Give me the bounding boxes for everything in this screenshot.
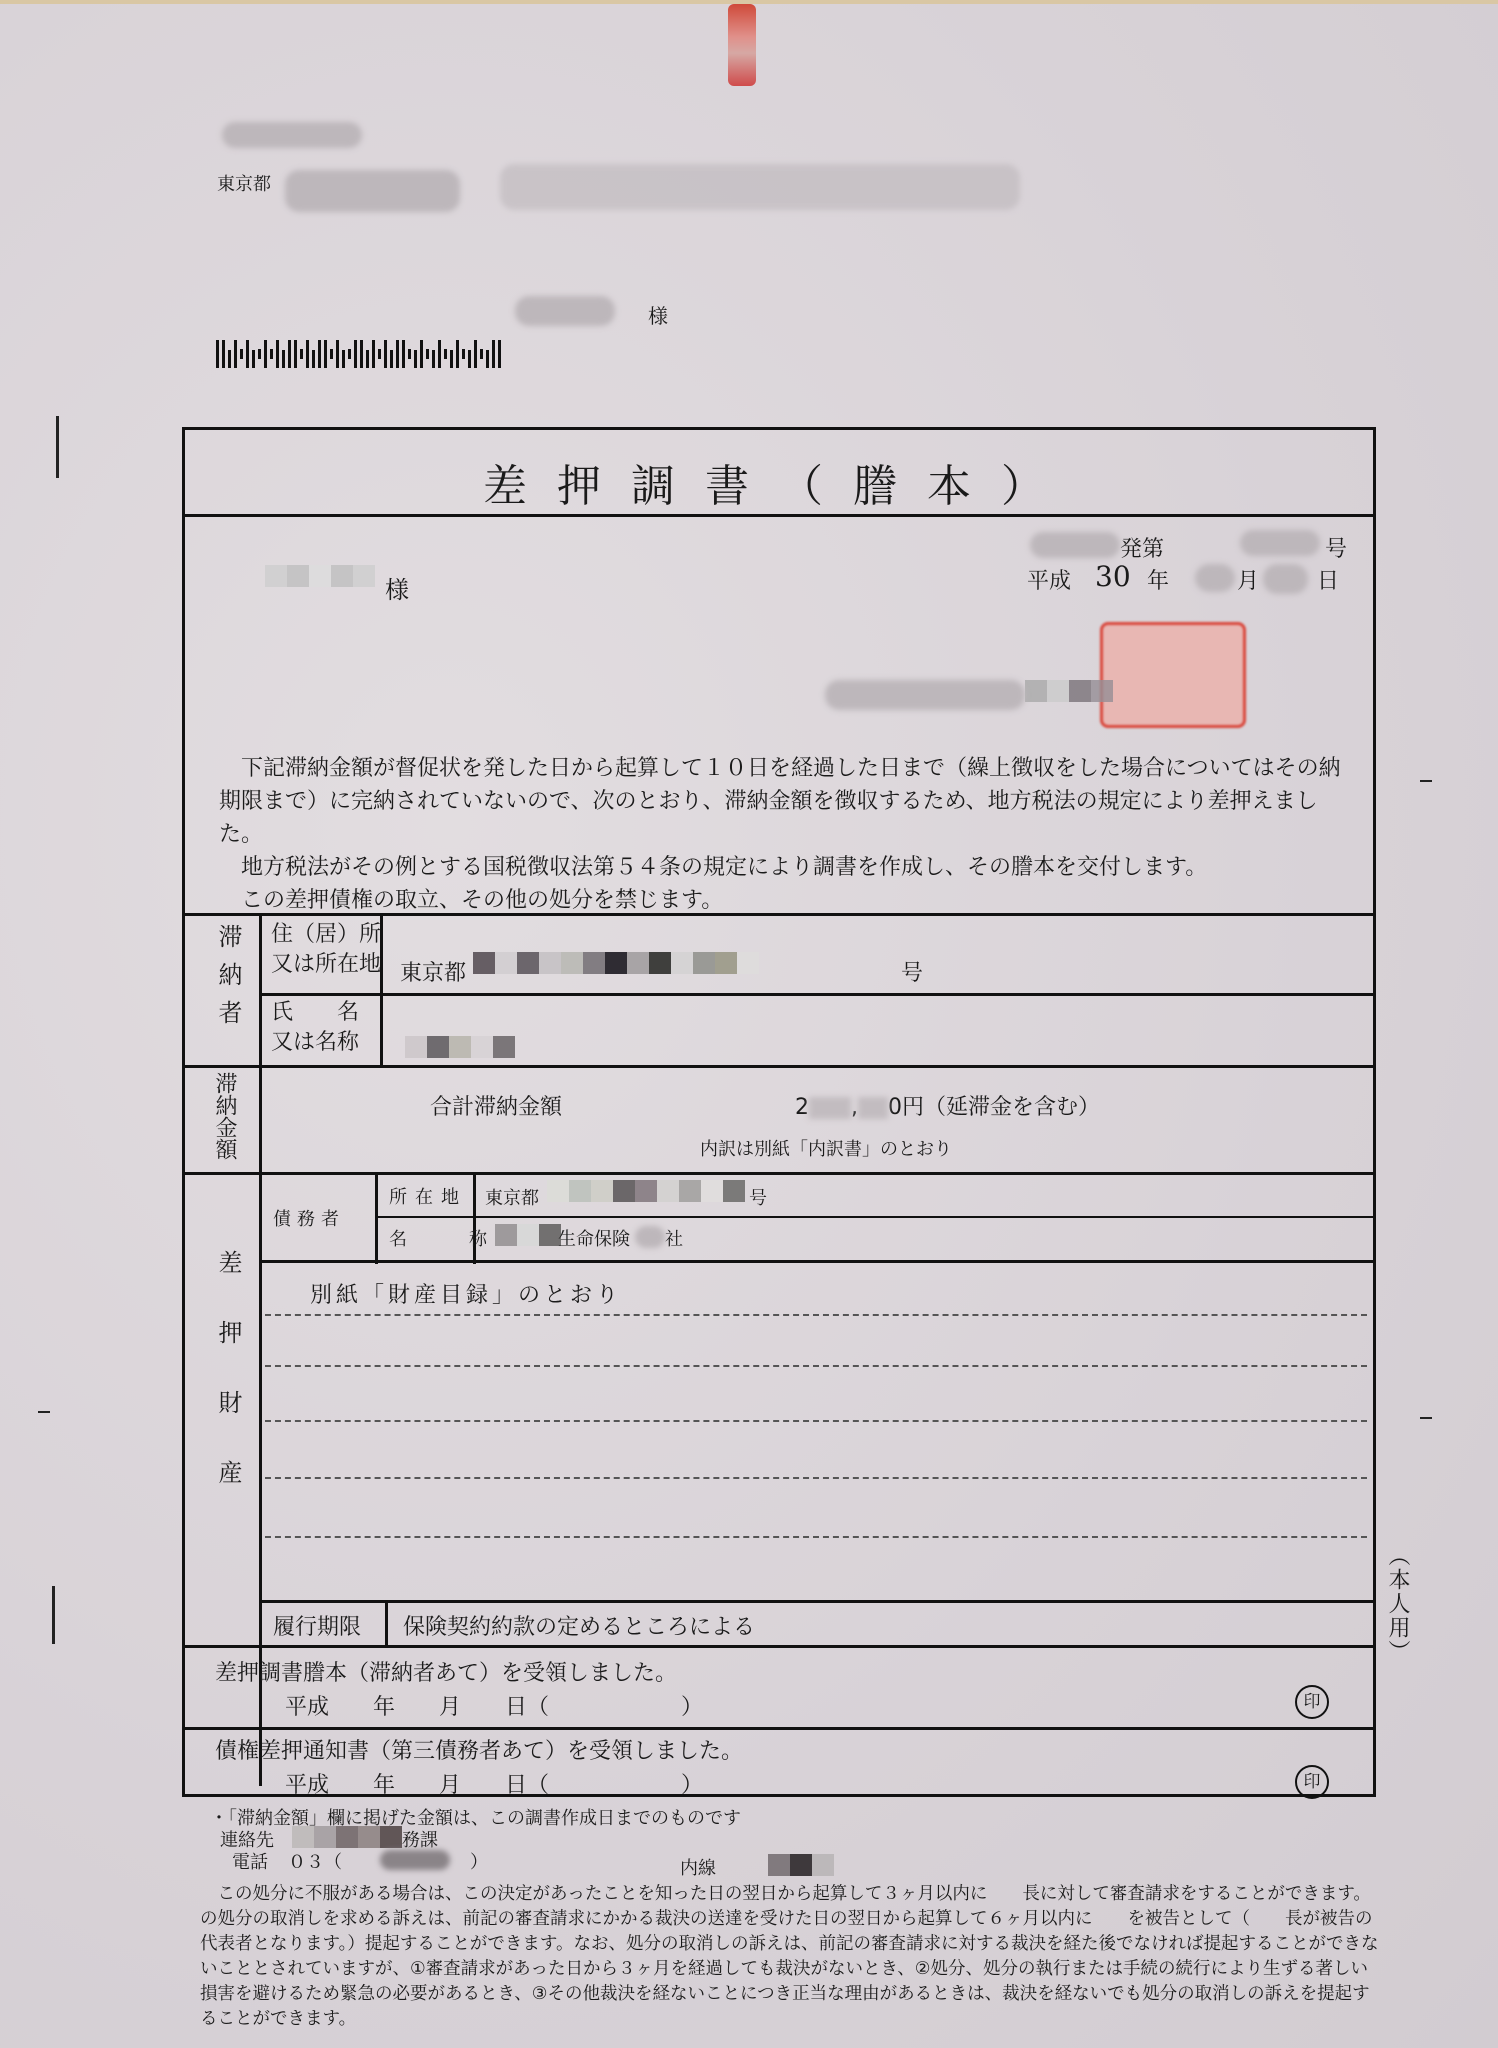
total-amount-end: 0円（延滞金を含む） (888, 1095, 1100, 1120)
date-month-label: 月 (1237, 564, 1259, 595)
divider (185, 514, 1373, 517)
barcode-bar (390, 350, 393, 368)
redacted-contact-dept (292, 1826, 402, 1848)
divider (259, 1600, 1373, 1603)
barcode-bar (468, 350, 471, 368)
extension-label: 内線 (680, 1854, 716, 1880)
property-list-note: 別紙「財産目録」のとおり (310, 1278, 622, 1309)
receipt-1-text: 差押調書謄本（滞納者あて）を受領しました。 (215, 1656, 677, 1687)
barcode-bar (246, 340, 249, 368)
barcode-bar (384, 340, 387, 368)
barcode-bar (462, 349, 465, 359)
barcode-bar (228, 350, 231, 368)
phone-prefix: ０３（ (288, 1848, 342, 1874)
barcode-bar (408, 349, 411, 359)
staple-mark (52, 1586, 55, 1644)
barcode-bar (342, 350, 345, 368)
postal-barcode (216, 338, 501, 368)
divider (385, 1600, 388, 1648)
breakdown-note: 内訳は別紙「内訳書」のとおり (700, 1135, 952, 1161)
barcode-bar (480, 349, 483, 359)
phone-close: ） (470, 1848, 488, 1874)
divider (185, 1172, 1373, 1175)
staple-mark (56, 416, 59, 478)
redacted-amount (809, 1097, 851, 1119)
amount-section-label: 滞納金額 (209, 1072, 240, 1172)
barcode-bar (414, 350, 417, 368)
barcode-bar (300, 349, 303, 359)
barcode-bar (492, 340, 495, 368)
barcode-bar (276, 340, 279, 368)
delinquent-address-suffix: 号 (901, 956, 923, 987)
dotted-line (265, 1477, 1367, 1479)
barcode-bar (288, 340, 291, 368)
date-day-label: 日 (1317, 564, 1339, 595)
barcode-bar (498, 340, 501, 368)
barcode-bar (330, 349, 333, 359)
debtor-location-prefix: 東京都 (485, 1184, 539, 1210)
address-label-line-2: 又は所在地 (271, 950, 381, 980)
form-title: 差押調書（謄本） (185, 450, 1373, 514)
redacted-issuer-name (1025, 680, 1113, 702)
divider (185, 1065, 1373, 1068)
total-amount-label: 合計滞納金額 (430, 1090, 562, 1121)
name-label: 氏 名 又は名称 (271, 998, 359, 1058)
barcode-bar (438, 340, 441, 368)
redacted-extension (768, 1854, 834, 1876)
barcode-bar (324, 340, 327, 368)
seal-mark-icon: 印 (1295, 1765, 1329, 1799)
barcode-bar (294, 340, 297, 368)
deadline-label: 履行期限 (273, 1610, 361, 1641)
redacted-postal-code (222, 122, 362, 148)
fold-mark (1420, 780, 1432, 782)
address-label-line-1: 住（居）所 (271, 920, 381, 950)
barcode-bar (216, 340, 219, 368)
barcode-bar (444, 349, 447, 359)
envelope-recipient-suffix: 様 (648, 300, 668, 329)
barcode-bar (432, 350, 435, 368)
barcode-bar (270, 349, 273, 359)
delinquent-section-label: 滞納者 (211, 924, 246, 1064)
barcode-bar (360, 340, 363, 368)
total-amount-start: 2 (795, 1095, 809, 1120)
barcode-bar (282, 350, 285, 368)
redacted-amount (858, 1097, 888, 1119)
phone-label: 電話 (232, 1848, 268, 1874)
redacted-office-prefix (1030, 532, 1120, 558)
fold-mark (1420, 1417, 1432, 1419)
barcode-bar (420, 340, 423, 368)
notice-line-1: 下記滞納金額が督促状を発した日から起算して１０日を経過した日まで（繰上徴収をした… (219, 752, 1349, 851)
receipt-2-date[interactable]: 平成 年 月 日（ ） (285, 1768, 703, 1799)
notice-paragraph: 下記滞納金額が督促状を発した日から起算して１０日を経過した日まで（繰上徴収をした… (219, 752, 1349, 917)
barcode-bar (474, 340, 477, 368)
official-seal-stamp (1100, 622, 1246, 728)
issue-number-suffix: 号 (1325, 532, 1347, 563)
barcode-bar (252, 350, 255, 368)
total-amount-value: 2,0円（延滞金を含む） (795, 1090, 1100, 1121)
divider (185, 1645, 1373, 1648)
barcode-bar (426, 349, 429, 359)
redacted-month (1195, 564, 1235, 592)
redacted-day (1263, 564, 1308, 594)
redacted-debtor-location (547, 1180, 745, 1202)
divider (259, 993, 1373, 996)
recipient-suffix: 様 (385, 570, 409, 605)
fold-mark (38, 1411, 50, 1413)
redacted-delinquent-address (473, 952, 759, 974)
dotted-line (265, 1365, 1367, 1367)
dotted-line (265, 1314, 1367, 1316)
date-year-handwritten[interactable]: 30 (1095, 560, 1131, 593)
notice-line-2: 地方税法がその例とする国税徴収法第５４条の規定により調書を作成し、その謄本を交付… (219, 851, 1349, 884)
appeal-notice-text: この処分に不服がある場合は、この決定があったことを知った日の翌日から起算して３ヶ… (200, 1882, 1380, 2032)
redacted-debtor-name (495, 1224, 561, 1246)
redacted-envelope-text (500, 164, 1020, 210)
dotted-line (265, 1536, 1367, 1538)
delinquent-address-prefix: 東京都 (400, 956, 466, 987)
barcode-bar (348, 349, 351, 359)
divider (185, 1727, 1373, 1730)
divider (375, 1216, 1373, 1218)
barcode-bar (222, 340, 225, 368)
appeal-notice: この処分に不服がある場合は、この決定があったことを知った日の翌日から起算して３ヶ… (200, 1882, 1380, 2032)
date-era: 平成 (1027, 564, 1071, 595)
debtor-name-suffix: 社 (665, 1225, 683, 1251)
debtor-label: 債務者 (273, 1205, 345, 1231)
barcode-bar (264, 340, 267, 368)
redacted-red-seal (728, 4, 756, 86)
document-paper: 東京都 様 差押調書（謄本） 様 発第 号 平成 30 年 月 日 下記滞納金額… (0, 4, 1498, 2048)
debtor-location-label: 所在地 (389, 1183, 467, 1209)
redacted-debtor-name-part (635, 1226, 665, 1248)
receipt-2-text: 債権差押通知書（第三債務者あて）を受領しました。 (215, 1734, 743, 1765)
barcode-bar (366, 350, 369, 368)
divider (259, 1260, 1373, 1263)
redacted-recipient-name (265, 565, 375, 587)
barcode-bar (450, 350, 453, 368)
divider (185, 913, 1373, 916)
dotted-line (265, 1420, 1367, 1422)
barcode-bar (402, 340, 405, 368)
barcode-bar (354, 340, 357, 368)
property-section-label: 差押財産 (211, 1250, 246, 1650)
debtor-name-label: 名 称 (389, 1225, 509, 1251)
name-label-line-2: 又は名称 (271, 1028, 359, 1058)
barcode-bar (306, 340, 309, 368)
deadline-value: 保険契約約款の定めるところによる (403, 1610, 755, 1641)
divider (375, 1172, 378, 1264)
barcode-bar (240, 349, 243, 359)
debtor-location-suffix: 号 (749, 1184, 767, 1210)
barcode-bar (234, 340, 237, 368)
copy-type-label: （本人用） (1382, 1544, 1413, 1664)
barcode-bar (318, 340, 321, 368)
barcode-bar (312, 350, 315, 368)
seizure-record-form: 差押調書（謄本） 様 発第 号 平成 30 年 月 日 下記滞納金額が督促状を発… (182, 427, 1376, 1797)
barcode-bar (396, 340, 399, 368)
barcode-bar (336, 340, 339, 368)
amount-note: ・「滞納金額」欄に掲げた金額は、この調書作成日までのものです (210, 1804, 741, 1830)
debtor-name-mid: 生命保険 (558, 1225, 630, 1251)
receipt-1-date[interactable]: 平成 年 月 日（ ） (285, 1690, 703, 1721)
contact-dept: 務課 (402, 1826, 438, 1852)
barcode-bar (372, 340, 375, 368)
issue-number-label: 発第 (1120, 532, 1164, 563)
barcode-bar (258, 349, 261, 359)
redacted-issue-number (1240, 530, 1320, 556)
seal-mark-icon: 印 (1295, 1685, 1329, 1719)
name-label-line-1: 氏 名 (271, 998, 359, 1028)
barcode-bar (456, 340, 459, 368)
address-label: 住（居）所 又は所在地 (271, 920, 381, 980)
envelope-address-prefix: 東京都 (217, 170, 271, 196)
redacted-issuer (825, 680, 1025, 710)
redacted-delinquent-name (405, 1036, 515, 1058)
redacted-envelope-name (515, 296, 615, 326)
date-year-label: 年 (1147, 564, 1169, 595)
redacted-phone-number (380, 1850, 450, 1870)
barcode-bar (486, 350, 489, 368)
redacted-envelope-address (285, 170, 460, 212)
barcode-bar (378, 349, 381, 359)
